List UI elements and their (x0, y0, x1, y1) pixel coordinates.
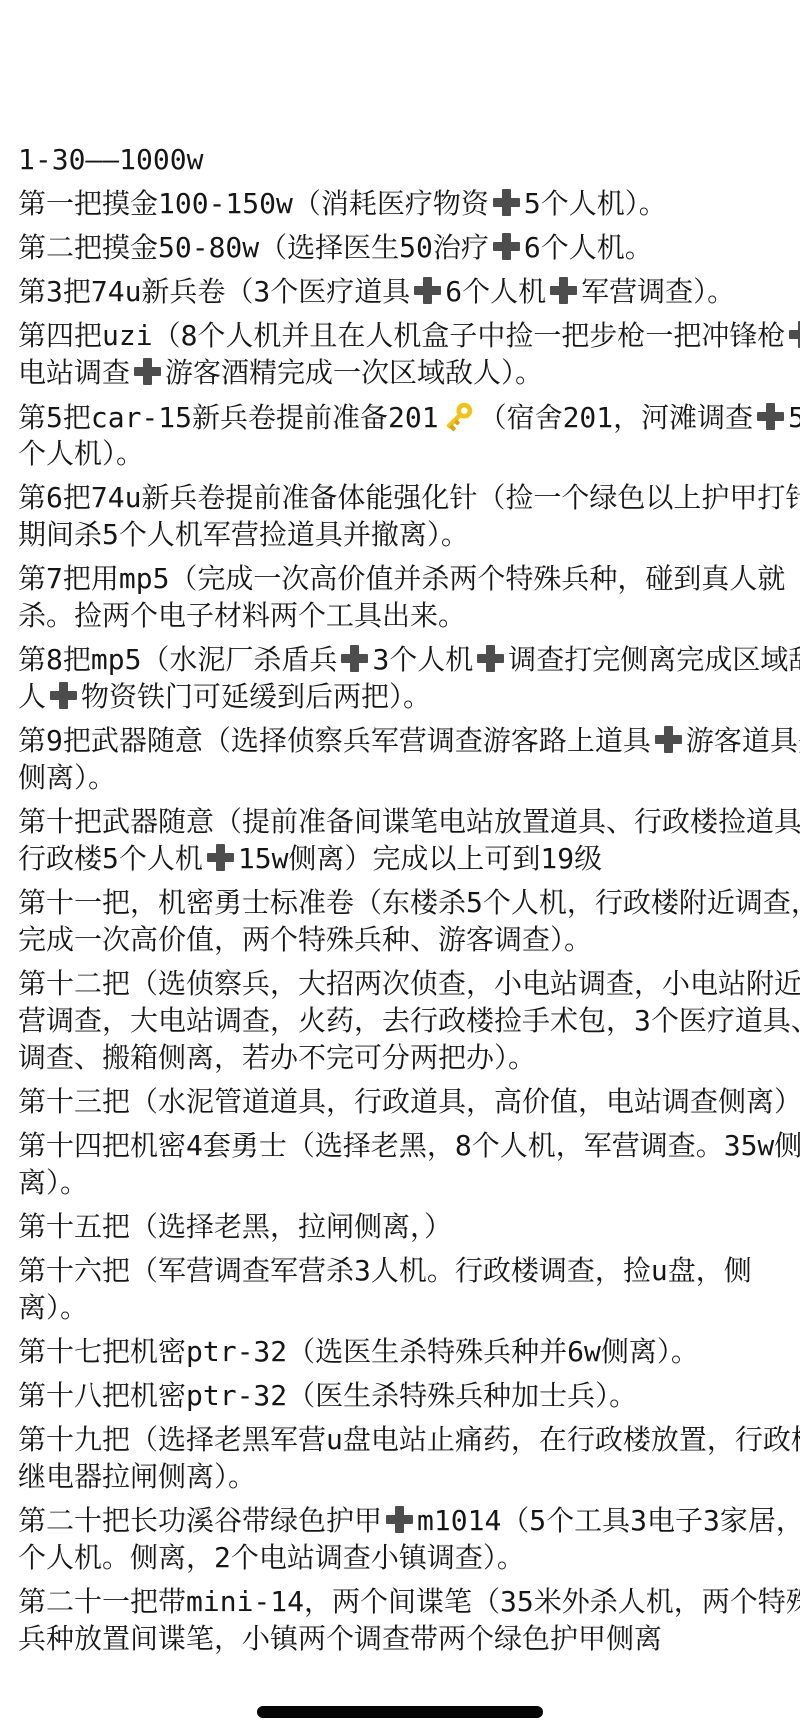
note-line: 第十把武器随意（提前准备间谍笔电站放置道具、行政楼捡道具杀 (18, 803, 786, 840)
note-text: 第7把用mp5（完成一次高价值并杀两个特殊兵种，碰到真人就 (18, 562, 785, 595)
key-icon (441, 398, 477, 434)
note-line: 第二十把长功溪谷带绿色护甲m1014（5个工具3电子3家居，6 (18, 1502, 786, 1539)
note-text: 游客道具并 (686, 724, 800, 757)
note-line: 第四把uzi（8个人机并且在人机盒子中捡一把步枪一把冲锋枪 (18, 317, 786, 354)
plus-icon (789, 321, 800, 348)
note-line: 完成一次高价值，两个特殊兵种、游客调查）。 (18, 921, 786, 958)
note-paragraph: 第十五把（选择老黑，拉闸侧离，） (18, 1208, 786, 1245)
plus-icon (207, 844, 234, 871)
note-text: 第二十把长功溪谷带绿色护甲 (18, 1504, 382, 1537)
note-text: 5 (788, 401, 800, 434)
note-line: 第十五把（选择老黑，拉闸侧离，） (18, 1208, 786, 1245)
note-paragraph: 第7把用mp5（完成一次高价值并杀两个特殊兵种，碰到真人就杀。捡两个电子材料两个… (18, 560, 786, 634)
note-paragraph: 第5把car-15新兵卷提前准备201（宿舍201，河滩调查5个人机）。 (18, 398, 786, 472)
note-text: 第十把武器随意（提前准备间谍笔电站放置道具、行政楼捡道具杀 (18, 805, 800, 838)
note-text: 物资铁门可延缓到后两把）。 (81, 680, 431, 713)
note-paragraph: 第十九把（选择老黑军营u盘电站止痛药，在行政楼放置，行政楼继电器拉闸侧离）。 (18, 1421, 786, 1495)
note-paragraph: 第6把74u新兵卷提前准备体能强化针（捡一个绿色以上护甲打针期间杀5个人机军营捡… (18, 479, 786, 553)
note-line: 个人机。侧离，2个电站调查小镇调查）。 (18, 1539, 786, 1576)
note-text: 第十二把（选侦察兵，大招两次侦查，小电站调查，小电站附近军 (18, 967, 800, 1000)
note-paragraph: 第二十一把带mini-14，两个间谍笔（35米外杀人机，两个特殊兵种放置间谍笔，… (18, 1583, 786, 1657)
note-line: 第7把用mp5（完成一次高价值并杀两个特殊兵种，碰到真人就 (18, 560, 786, 597)
note-text: 1-30——1000w (18, 143, 203, 176)
note-text: 人 (18, 680, 46, 713)
note-text: 行政楼5个人机 (18, 842, 203, 875)
note-content[interactable]: 1-30——1000w第一把摸金100-150w（消耗医疗物资5个人机）。第二把… (0, 0, 800, 1700)
note-line: 第二把摸金50-80w（选择医生50治疗6个人机。 (18, 229, 786, 266)
note-text: 15w侧离）完成以上可到19级 (238, 842, 602, 875)
note-text: 调查打完侧离完成区域敌 (508, 643, 800, 676)
note-paragraph: 第十把武器随意（提前准备间谍笔电站放置道具、行政楼捡道具杀行政楼5个人机15w侧… (18, 803, 786, 877)
note-text: 完成一次高价值，两个特殊兵种、游客调查）。 (18, 923, 592, 956)
plus-icon (493, 189, 520, 216)
note-line: 离）。 (18, 1164, 786, 1201)
note-line: 第十一把，机密勇士标准卷（东楼杀5个人机，行政楼附近调查， (18, 884, 786, 921)
note-paragraph: 第十四把机密4套勇士（选择老黑，8个人机，军营调查。35w侧离）。 (18, 1127, 786, 1201)
note-text: 第二把摸金50-80w（选择医生50治疗 (18, 231, 489, 264)
plus-icon (493, 233, 520, 260)
note-text: 军营调查）。 (581, 275, 735, 308)
note-line: 杀。捡两个电子材料两个工具出来。 (18, 597, 786, 634)
note-paragraph: 第四把uzi（8个人机并且在人机盒子中捡一把步枪一把冲锋枪电站调查游客酒精完成一… (18, 317, 786, 391)
note-text: 营调查，大电站调查，火药，去行政楼捡手术包，3个医疗道具、 (18, 1004, 800, 1037)
note-line: 人物资铁门可延缓到后两把）。 (18, 678, 786, 715)
note-text: 第四把uzi（8个人机并且在人机盒子中捡一把步枪一把冲锋枪 (18, 319, 785, 352)
note-line: 个人机）。 (18, 435, 786, 472)
note-text: 继电器拉闸侧离）。 (18, 1460, 256, 1493)
note-text: 第十三把（水泥管道道具，行政道具，高价值，电站调查侧离） (18, 1085, 800, 1118)
note-line: 第十九把（选择老黑军营u盘电站止痛药，在行政楼放置，行政楼 (18, 1421, 786, 1458)
note-text: 期间杀5个人机军营捡道具并撤离）。 (18, 518, 469, 551)
note-line: 继电器拉闸侧离）。 (18, 1458, 786, 1495)
note-line: 第十二把（选侦察兵，大招两次侦查，小电站调查，小电站附近军 (18, 965, 786, 1002)
note-text: 第十九把（选择老黑军营u盘电站止痛药，在行政楼放置，行政楼 (18, 1423, 800, 1456)
note-line: 离）。 (18, 1289, 786, 1326)
note-line: 调查、搬箱侧离，若办不完可分两把办）。 (18, 1039, 786, 1076)
note-text: 第二十一把带mini-14，两个间谍笔（35米外杀人机，两个特殊 (18, 1585, 800, 1618)
note-line: 第十四把机密4套勇士（选择老黑，8个人机，军营调查。35w侧 (18, 1127, 786, 1164)
note-text: 侧离）。 (18, 761, 116, 794)
note-paragraph: 第8把mp5（水泥厂杀盾兵3个人机调查打完侧离完成区域敌人物资铁门可延缓到后两把… (18, 641, 786, 715)
note-paragraph: 第十八把机密ptr-32（医生杀特殊兵种加士兵）。 (18, 1377, 786, 1414)
note-text: （宿舍201，河滩调查 (479, 401, 754, 434)
note-line: 第6把74u新兵卷提前准备体能强化针（捡一个绿色以上护甲打针 (18, 479, 786, 516)
note-line: 第8把mp5（水泥厂杀盾兵3个人机调查打完侧离完成区域敌 (18, 641, 786, 678)
plus-icon (550, 277, 577, 304)
home-indicator[interactable] (257, 1706, 543, 1718)
note-text: m1014（5个工具3电子3家居，6 (417, 1504, 800, 1537)
note-paragraph: 第二把摸金50-80w（选择医生50治疗6个人机。 (18, 229, 786, 266)
note-text: 5个人机）。 (524, 187, 667, 220)
note-line: 第3把74u新兵卷（3个医疗道具6个人机军营调查）。 (18, 273, 786, 310)
note-text: 第十八把机密ptr-32（医生杀特殊兵种加士兵）。 (18, 1379, 637, 1412)
note-text: 第十五把（选择老黑，拉闸侧离，） (18, 1210, 452, 1243)
note-text: 第十六把（军营调查军营杀3人机。行政楼调查，捡u盘，侧 (18, 1254, 752, 1287)
note-line: 营调查，大电站调查，火药，去行政楼捡手术包，3个医疗道具、 (18, 1002, 786, 1039)
note-line: 第十八把机密ptr-32（医生杀特殊兵种加士兵）。 (18, 1377, 786, 1414)
note-text: 第6把74u新兵卷提前准备体能强化针（捡一个绿色以上护甲打针 (18, 481, 800, 514)
note-text: 离）。 (18, 1291, 88, 1324)
note-text: 3个人机 (372, 643, 473, 676)
note-text: 第十七把机密ptr-32（选医生杀特殊兵种并6w侧离）。 (18, 1335, 699, 1368)
plus-icon (341, 645, 368, 672)
note-text: 个人机）。 (18, 437, 144, 470)
note-paragraph: 第十七把机密ptr-32（选医生杀特殊兵种并6w侧离）。 (18, 1333, 786, 1370)
note-line: 第9把武器随意（选择侦察兵军营调查游客路上道具游客道具并 (18, 722, 786, 759)
note-text: 6个人机。 (524, 231, 653, 264)
note-line: 行政楼5个人机15w侧离）完成以上可到19级 (18, 840, 786, 877)
plus-icon (134, 358, 161, 385)
note-paragraph: 第十三把（水泥管道道具，行政道具，高价值，电站调查侧离） (18, 1083, 786, 1120)
note-line: 1-30——1000w (18, 141, 786, 178)
note-text: 电站调查 (18, 356, 130, 389)
note-line: 期间杀5个人机军营捡道具并撤离）。 (18, 516, 786, 553)
note-paragraph: 第二十把长功溪谷带绿色护甲m1014（5个工具3电子3家居，6个人机。侧离，2个… (18, 1502, 786, 1576)
note-paragraph: 第3把74u新兵卷（3个医疗道具6个人机军营调查）。 (18, 273, 786, 310)
note-line: 第二十一把带mini-14，两个间谍笔（35米外杀人机，两个特殊 (18, 1583, 786, 1620)
note-line: 第一把摸金100-150w（消耗医疗物资5个人机）。 (18, 185, 786, 222)
note-text: 第8把mp5（水泥厂杀盾兵 (18, 643, 337, 676)
note-line: 第5把car-15新兵卷提前准备201（宿舍201，河滩调查5 (18, 398, 786, 435)
plus-icon (477, 645, 504, 672)
note-text: 杀。捡两个电子材料两个工具出来。 (18, 599, 466, 632)
note-line: 电站调查游客酒精完成一次区域敌人）。 (18, 354, 786, 391)
plus-icon (414, 277, 441, 304)
note-paragraph: 第十六把（军营调查军营杀3人机。行政楼调查，捡u盘，侧离）。 (18, 1252, 786, 1326)
note-line: 侧离）。 (18, 759, 786, 796)
note-line: 第十六把（军营调查军营杀3人机。行政楼调查，捡u盘，侧 (18, 1252, 786, 1289)
note-line: 第十七把机密ptr-32（选医生杀特殊兵种并6w侧离）。 (18, 1333, 786, 1370)
note-line: 第十三把（水泥管道道具，行政道具，高价值，电站调查侧离） (18, 1083, 786, 1120)
note-paragraph: 第十二把（选侦察兵，大招两次侦查，小电站调查，小电站附近军营调查，大电站调查，火… (18, 965, 786, 1076)
note-paragraph: 1-30——1000w (18, 141, 786, 178)
note-paragraph: 第一把摸金100-150w（消耗医疗物资5个人机）。 (18, 185, 786, 222)
note-text: 第十一把，机密勇士标准卷（东楼杀5个人机，行政楼附近调查， (18, 886, 800, 919)
note-line: 兵种放置间谍笔，小镇两个调查带两个绿色护甲侧离 (18, 1620, 786, 1657)
note-text: 调查、搬箱侧离，若办不完可分两把办）。 (18, 1041, 536, 1074)
note-paragraph: 第十一把，机密勇士标准卷（东楼杀5个人机，行政楼附近调查，完成一次高价值，两个特… (18, 884, 786, 958)
plus-icon (757, 403, 784, 430)
note-text: 离）。 (18, 1166, 88, 1199)
plus-icon (386, 1506, 413, 1533)
plus-icon (50, 682, 77, 709)
note-text: 第9把武器随意（选择侦察兵军营调查游客路上道具 (18, 724, 651, 757)
note-text: 第一把摸金100-150w（消耗医疗物资 (18, 187, 489, 220)
plus-icon (655, 726, 682, 753)
note-text: 6个人机 (445, 275, 546, 308)
note-text: 第3把74u新兵卷（3个医疗道具 (18, 275, 410, 308)
note-text: 个人机。侧离，2个电站调查小镇调查）。 (18, 1541, 525, 1574)
note-paragraph: 第9把武器随意（选择侦察兵军营调查游客路上道具游客道具并侧离）。 (18, 722, 786, 796)
note-text: 第十四把机密4套勇士（选择老黑，8个人机，军营调查。35w侧 (18, 1129, 800, 1162)
note-text: 兵种放置间谍笔，小镇两个调查带两个绿色护甲侧离 (18, 1622, 662, 1655)
note-text: 第5把car-15新兵卷提前准备201 (18, 401, 439, 434)
note-text: 游客酒精完成一次区域敌人）。 (165, 356, 543, 389)
